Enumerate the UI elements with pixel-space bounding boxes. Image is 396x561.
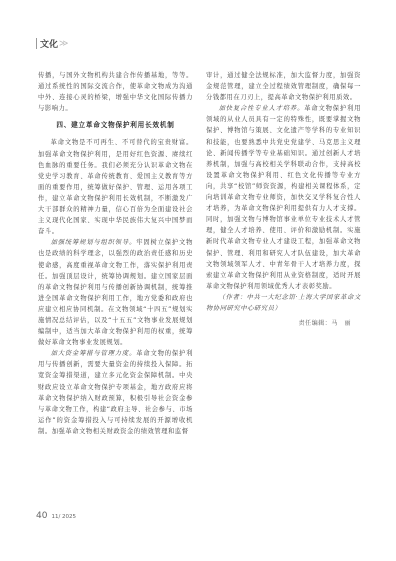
page-number: 40 — [36, 511, 47, 521]
editor-credit: 责任编辑：马 丽 — [206, 318, 361, 329]
page-footer: 40 11/ 2025 — [36, 511, 76, 521]
paragraph-lead: 加大资金筹措与管理力度。 — [51, 350, 137, 357]
section-tag: 文化 ≫ — [36, 37, 68, 50]
paragraph-lead: 加快复合性专业人才培养。 — [219, 105, 305, 112]
paragraph-lead: 加强统筹规划与组织领导。 — [51, 239, 137, 246]
section-label: 文化 — [40, 37, 58, 50]
left-column: 传播，与国外文物机构共建合作传播基地，等等。通过系统性的国际交流合作，使革命文物… — [38, 70, 193, 437]
paragraph: 革命文物是不可再生、不可替代的宝贵财富。加强革命文物保护利用，是用好红色资源、赓… — [38, 137, 193, 237]
section-heading: 四、建立革命文物保护利用长效机制 — [38, 120, 193, 131]
paragraph-body: 牢固树立保护文物也是政绩的科学理念，以强烈的政治责任感和历史使命感，高度重视革命… — [38, 239, 193, 346]
paragraph-continuation: 审计，通过健全法规标准，加大监督力度，加强资金规范管理，建立全过程绩效管理制度，… — [206, 70, 361, 103]
section-divider — [36, 38, 37, 49]
paragraph-continuation: 传播，与国外文物机构共建合作传播基地，等等。通过系统性的国际交流合作，使革命文物… — [38, 70, 193, 114]
paragraph: 加大资金筹措与管理力度。革命文物的保护利用与传播创新，需要大量资金的持续投入保障… — [38, 348, 193, 437]
paragraph-body: 革命文物的保护利用与传播创新，需要大量资金的持续投入保障。拓宽资金筹措渠道，建立… — [38, 350, 193, 435]
right-column: 审计，通过健全法规标准，加大监督力度，加强资金规范管理，建立全过程绩效管理制度，… — [206, 70, 361, 329]
paragraph: 加快复合性专业人才培养。革命文物保护利用领域的从业人员具有一定的特殊性，既要掌握… — [206, 103, 361, 292]
chevron-right-icon: ≫ — [59, 39, 68, 49]
author-note: （作者：中共一大纪念馆·上海大学国家革命文物协同研究中心研究员） — [206, 292, 361, 314]
paragraph: 加强统筹规划与组织领导。牢固树立保护文物也是政绩的科学理念，以强烈的政治责任感和… — [38, 237, 193, 348]
paragraph-body: 革命文物保护利用领域的从业人员具有一定的特殊性，既要掌握文物保护、博物馆与策展、… — [206, 105, 361, 290]
issue-label: 11/ 2025 — [51, 514, 76, 520]
